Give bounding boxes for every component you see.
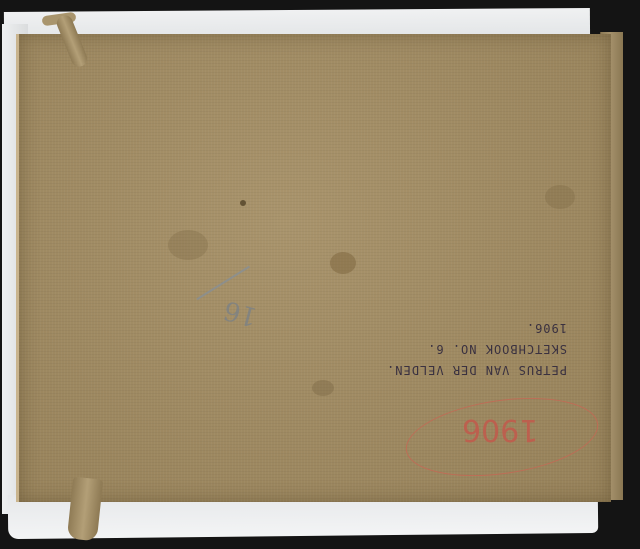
label-line-sketchbook: SKETCHBOOK NO. 6. <box>352 338 567 359</box>
stain <box>330 252 356 274</box>
stain <box>545 185 575 209</box>
label-line-year: 1906. <box>352 317 567 338</box>
label-line-name: PETRUS VAN DER VELDEN. <box>352 359 567 380</box>
red-year-annotation: 1906 <box>462 412 538 447</box>
stain <box>312 380 334 396</box>
handwritten-label: PETRUS VAN DER VELDEN. SKETCHBOOK NO. 6.… <box>352 300 567 380</box>
stain <box>240 200 246 206</box>
stain <box>168 230 208 260</box>
